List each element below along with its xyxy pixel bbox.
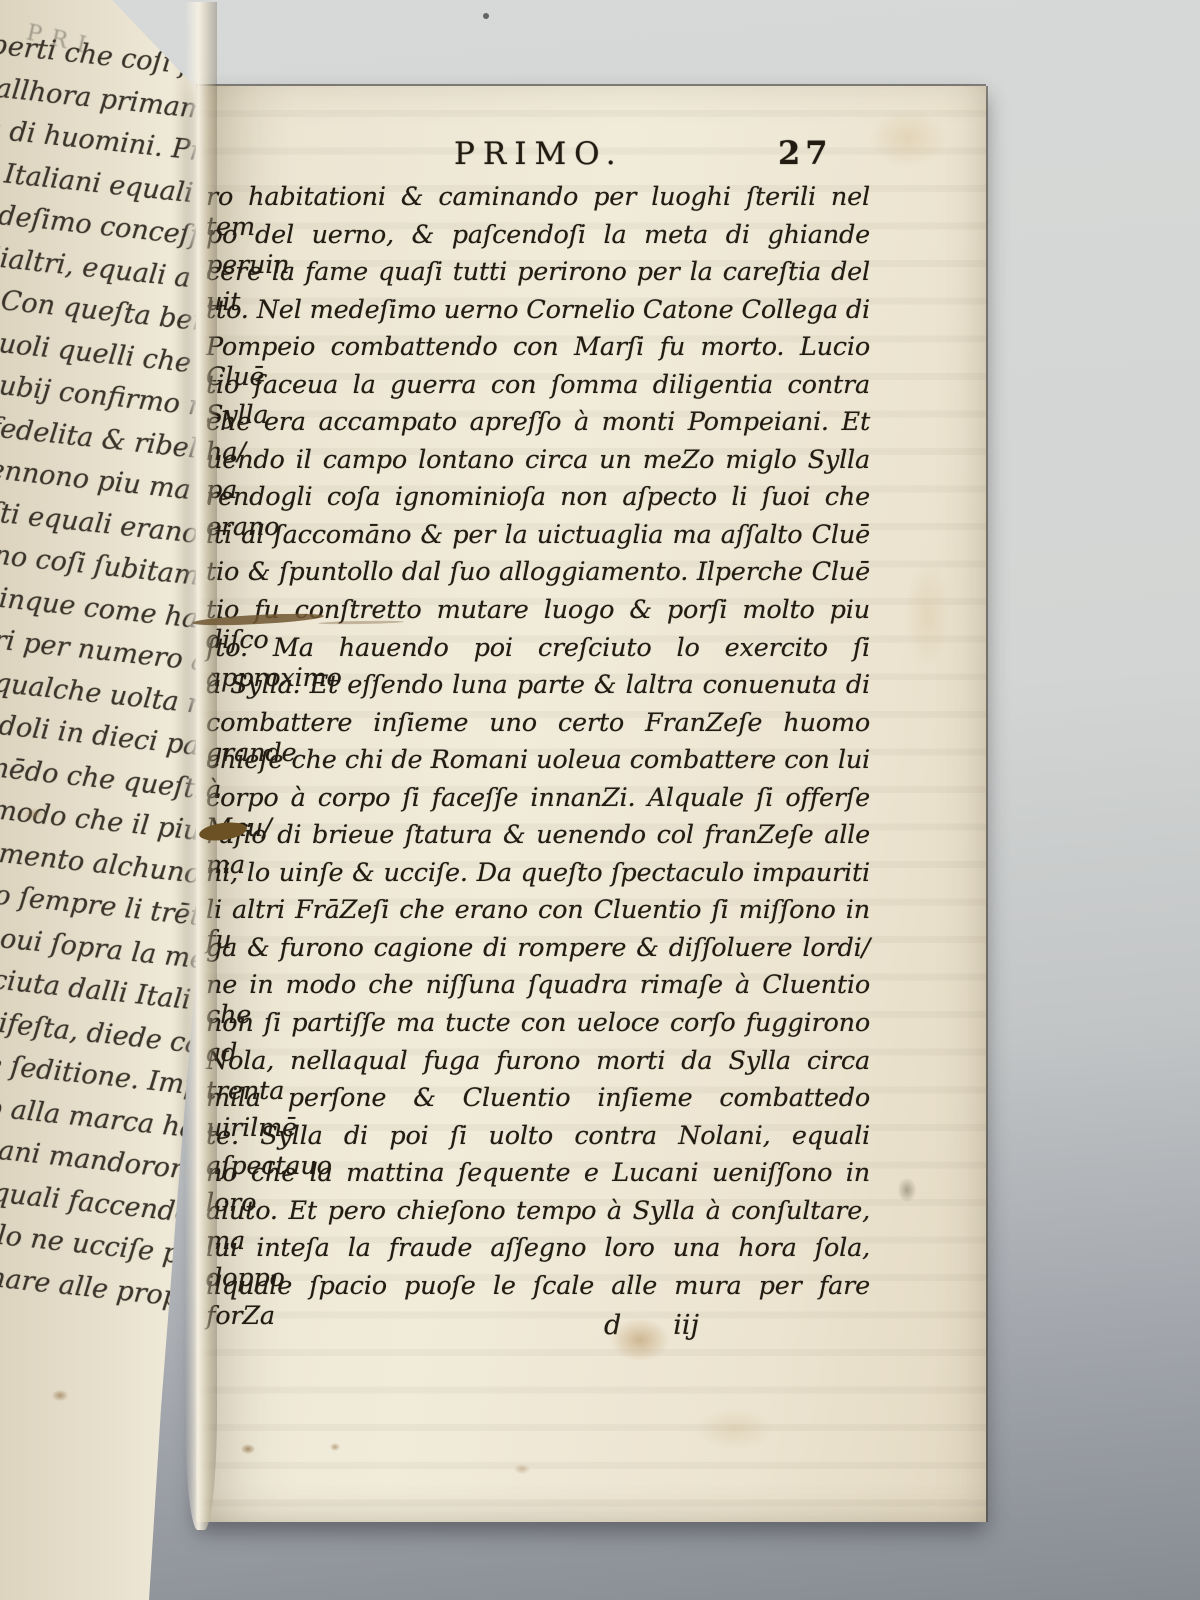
text-line: ne in modo che niſſuna ſquadra rimaſe à …: [206, 970, 870, 1008]
text-line: à Sylla. Et eſſendo luna parte & laltra …: [206, 670, 870, 708]
text-line: Nola, nellaqual fuga furono morti da Syl…: [206, 1046, 870, 1084]
left-text-block: e Liberti che coſi ſi chia rui, allhora …: [0, 50, 190, 1325]
text-line: ga & furono cagione di rompere & diſſolu…: [206, 933, 870, 971]
text-line: cere la fame quaſi tutti perirono per la…: [206, 257, 870, 295]
right-page: PRIMO. 27 ro habitationi & caminando per…: [196, 86, 986, 1522]
text-line: Pompeio combattendo con Marſi fu morto. …: [206, 332, 870, 370]
stain: [52, 1390, 68, 1401]
page-number: 27: [778, 134, 833, 172]
text-line: tto. Nel medeſimo uerno Cornelio Catone …: [206, 295, 870, 333]
text-line: po del uerno, & paſcendoſi la meta di gh…: [206, 220, 870, 258]
running-header: PRIMO.: [454, 136, 624, 172]
signature-numeral: iij: [673, 1310, 699, 1341]
text-line: corpo à corpo ſi faceſſe innanZi. Alqual…: [206, 783, 870, 821]
text-line: aiuto. Et pero chieſono tempo à Sylla à …: [206, 1196, 870, 1234]
text-line: lui inteſa la fraude aſſegno loro una ho…: [206, 1233, 870, 1271]
text-line: ro habitationi & caminando per luoghi ſt…: [206, 182, 870, 220]
text-line: combattere inſieme uno certo FranZeſe hu…: [206, 708, 870, 746]
text-line: ilquale ſpacio puoſe le ſcale alle mura …: [206, 1271, 870, 1309]
page-gutter-curl: [185, 2, 217, 1530]
text-line: no che la mattina ſequente e Lucani ueni…: [206, 1158, 870, 1196]
signature-mark: diij: [604, 1310, 699, 1341]
text-line: chieſe che chi de Romani uoleua combatte…: [206, 745, 870, 783]
text-line: ſto. Ma hauendo poi creſciuto lo exercit…: [206, 633, 870, 671]
text-line: te. Sylla di poi ſi uolto contra Nolani,…: [206, 1121, 870, 1159]
text-line: tio fu conſtretto mutare luogo & porſi m…: [206, 595, 870, 633]
text-line: ni, lo uinſe & ucciſe. Da queſto ſpectac…: [206, 858, 870, 896]
text-line: ruſio di brieue ſtatura & uenendo col fr…: [206, 820, 870, 858]
text-line: iti al ſaccomāno & per la uictuaglia ma …: [206, 520, 870, 558]
text-line: mila perſone & Cluentio inſieme combatte…: [206, 1083, 870, 1121]
text-line: uendo il campo lontano circa un meZo mig…: [206, 445, 870, 483]
signature-letter: d: [604, 1310, 621, 1341]
photo-background: PRI e Liberti che coſi ſi chia rui, allh…: [0, 0, 1200, 1600]
text-line: tio & ſpuntollo dal ſuo alloggiamento. I…: [206, 557, 870, 595]
dust-speck: [483, 13, 489, 19]
text-line: li altri FrāZeſi che erano con Cluentio …: [206, 895, 870, 933]
main-text-block: ro habitationi & caminando per luoghi ſt…: [206, 182, 870, 1308]
text-line: che era accampato apreſſo à monti Pompei…: [206, 407, 870, 445]
text-line: rendogli coſa ignominioſa non aſpecto li…: [206, 482, 870, 520]
text-line: tio faceua la guerra con ſomma diligenti…: [206, 370, 870, 408]
text-line: non ſi partiſſe ma tucte con ueloce corſ…: [206, 1008, 870, 1046]
